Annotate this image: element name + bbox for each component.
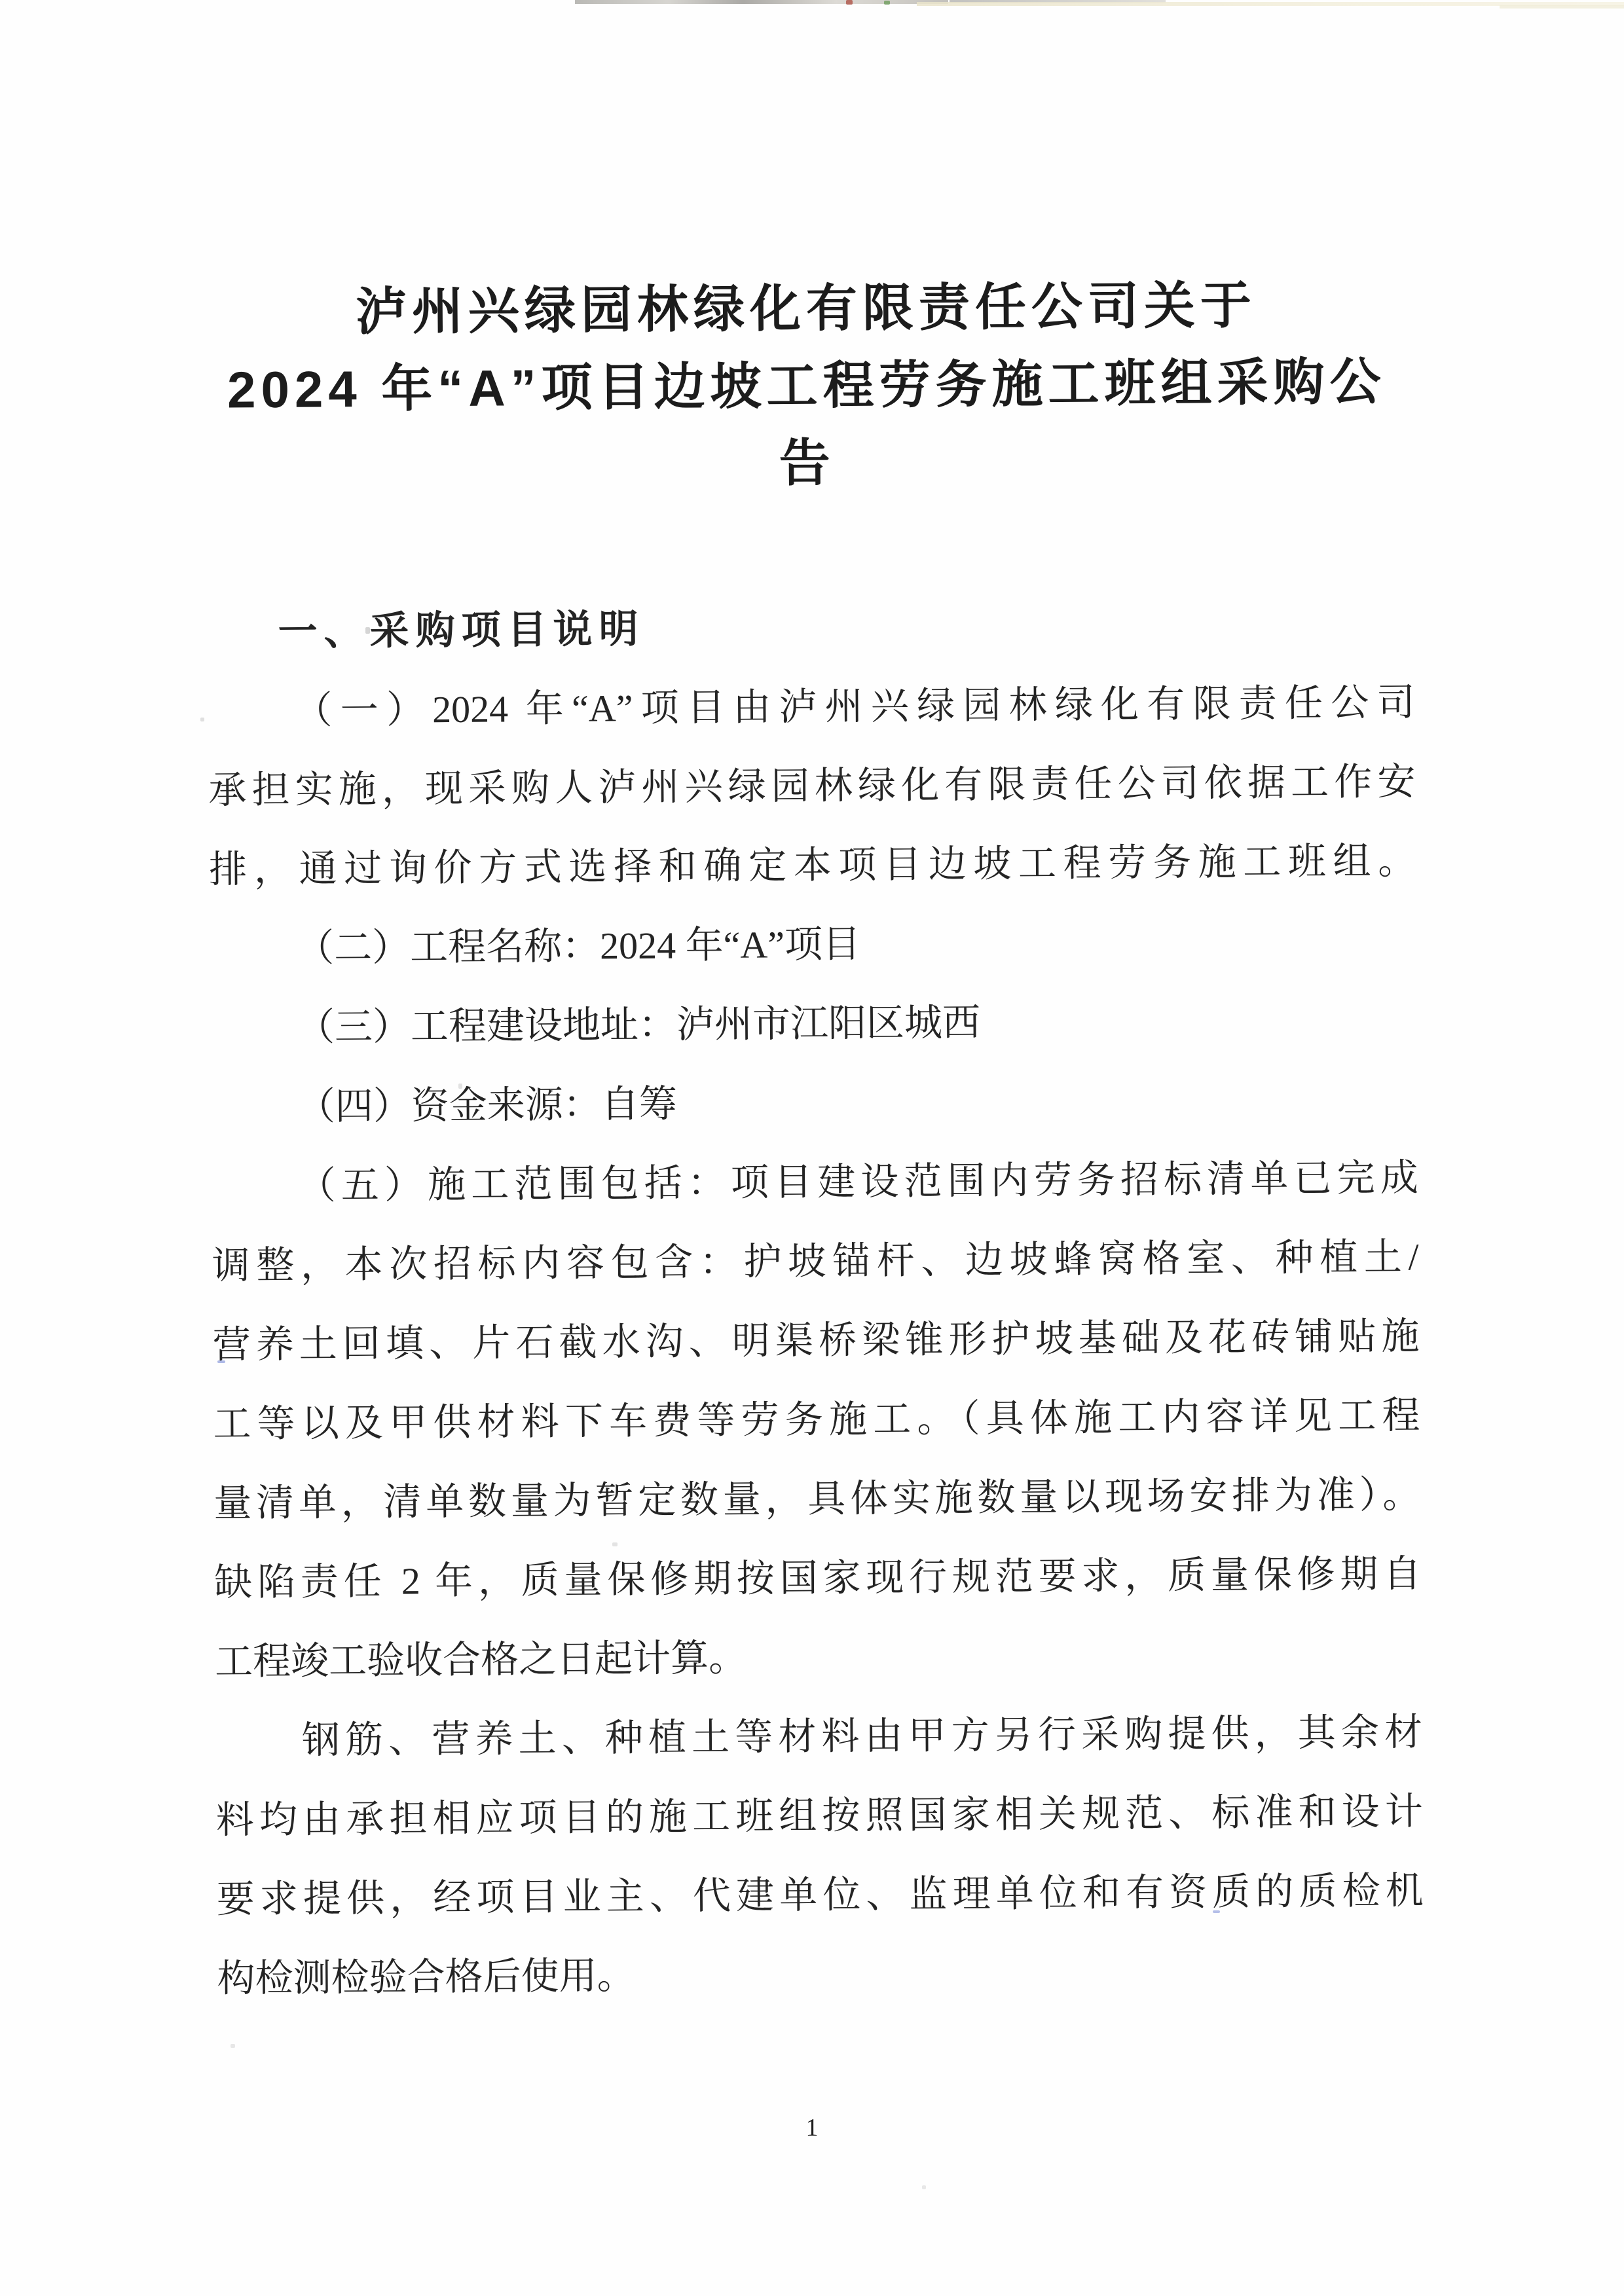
document-title: 泸州兴绿园林绿化有限责任公司关于 2024 年“A”项目边坡工程劳务施工班组采购… — [0, 0, 1619, 507]
body-line: 要求提供，经项目业主、代建单位、监理单位和有资质的质检机 — [216, 1851, 1424, 1939]
body-line: 排，通过询价方式选择和确定本项目边坡工程劳务施工班组。 — [209, 821, 1416, 909]
body-line: （四）资金来源：自筹 — [210, 1059, 1418, 1147]
body-line: 料均由承担相应项目的施工班组按照国家相关规范、标准和设计 — [215, 1772, 1423, 1860]
body-line: 构检测检验合格后使用。 — [217, 1930, 1424, 2018]
title-line-3: 告 — [0, 418, 1619, 507]
body-line: （五）施工范围包括：项目建设范围内劳务招标清单已完成 — [211, 1138, 1418, 1226]
document-content: 泸州兴绿园林绿化有限责任公司关于 2024 年“A”项目边坡工程劳务施工班组采购… — [0, 0, 1624, 2020]
title-line-2: 2024 年“A”项目边坡工程劳务施工班组采购公 — [0, 341, 1619, 430]
body-line: 调整，本次招标内容包含：护坡锚杆、边坡蜂窝格室、种植土/ — [212, 1217, 1419, 1305]
scan-noise-dot — [231, 2044, 235, 2048]
body-line: （二）工程名称：2024 年“A”项目 — [210, 900, 1417, 989]
body-line: （三）工程建设地址：泸州市江阳区城西 — [210, 979, 1418, 1068]
body-line: 承担实施，现采购人泸州兴绿园林绿化有限责任公司依据工作安 — [208, 742, 1416, 830]
title-line-1: 泸州兴绿园林绿化有限责任公司关于 — [0, 264, 1618, 353]
scan-noise-dot — [922, 2185, 926, 2189]
body-line: 钢筋、营养土、种植土等材料由甲方另行采购提供，其余材 — [215, 1692, 1423, 1781]
page-number: 1 — [0, 2113, 1624, 2142]
document-body: 一、采购项目说明 （一）2024 年“A”项目由泸州兴绿园林绿化有限责任公司 承… — [207, 583, 1424, 2018]
body-line: 量清单，清单数量为暂定数量，具体实施数量以现场安排为准）。 — [213, 1455, 1421, 1543]
section-heading: 一、采购项目说明 — [207, 583, 1414, 672]
body-line: 缺陷责任 2 年，质量保修期按国家现行规范要求，质量保修期自 — [214, 1534, 1422, 1622]
body-line: 营养土回填、片石截水沟、明渠桥梁锥形护坡基础及花砖铺贴施 — [212, 1296, 1420, 1385]
body-line: （一）2024 年“A”项目由泸州兴绿园林绿化有限责任公司 — [208, 663, 1415, 751]
body-line: 工等以及甲供材料下车费等劳务施工。（具体施工内容详见工程 — [213, 1376, 1420, 1464]
scanned-document-page: { "title": { "line1": "泸州兴绿园林绿化有限责任公司关于"… — [0, 0, 1624, 2296]
body-line: 工程竣工验收合格之日起计算。 — [215, 1613, 1422, 1702]
